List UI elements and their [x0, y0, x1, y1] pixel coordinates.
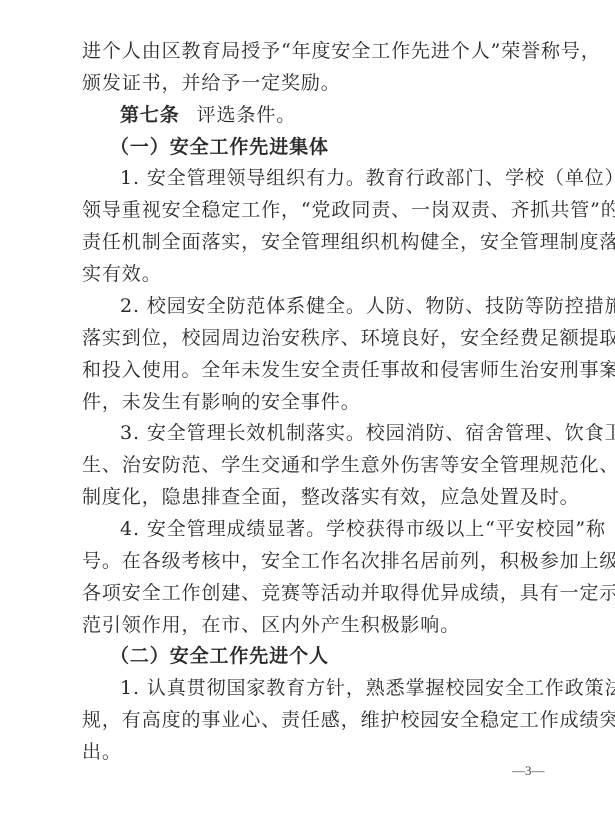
- text-line: 4. 安全管理成绩显著。学校获得市级以上“平安校园”称: [120, 516, 536, 542]
- page-number: —3—: [512, 763, 545, 779]
- text-line: 出。: [82, 739, 536, 765]
- text-line: 落实到位，校园周边治安秩序、环境良好，安全经费足额提取: [82, 325, 536, 351]
- text-line: 进个人由区教育局授予“年度安全工作先进个人”荣誉称号，: [82, 38, 536, 64]
- text-line: 和投入使用。全年未发生安全责任事故和侵害师生治安刑事案: [82, 357, 536, 383]
- text-line: 号。在各级考核中，安全工作名次排名居前列，积极参加上级: [82, 548, 536, 574]
- section-heading-individual: （二）安全工作先进个人: [110, 643, 564, 669]
- text-line: 颁发证书，并给予一定奖励。: [82, 70, 536, 96]
- text-line: 范引领作用，在市、区内外产生积极影响。: [82, 612, 536, 638]
- article-title: 评选条件。: [197, 104, 297, 126]
- text-line: 2. 校园安全防范体系健全。人防、物防、技防等防控措施: [120, 293, 536, 319]
- text-line: 3. 安全管理长效机制落实。校园消防、宿舍管理、饮食卫: [120, 420, 536, 446]
- text-line: 1. 认真贯彻国家教育方针，熟悉掌握校园安全工作政策法: [120, 675, 536, 701]
- text-line: 各项安全工作创建、竞赛等活动并取得优异成绩，具有一定示: [82, 580, 536, 606]
- section-heading-collective: （一）安全工作先进集体: [110, 134, 564, 160]
- text-line: 责任机制全面落实，安全管理组织机构健全，安全管理制度落: [82, 229, 536, 255]
- text-line: 领导重视安全稳定工作，“党政同责、一岗双责、齐抓共管”的: [82, 197, 536, 223]
- text-line: 制度化，隐患排查全面，整改落实有效，应急处置及时。: [82, 484, 536, 510]
- text-line: 件，未发生有影响的安全事件。: [82, 389, 536, 415]
- article-heading: 第七条 评选条件。: [120, 102, 536, 128]
- text-line: 规，有高度的事业心、责任感，维护校园安全稳定工作成绩突: [82, 707, 536, 733]
- text-line: 实有效。: [82, 261, 536, 287]
- article-label: 第七条: [120, 104, 180, 126]
- text-line: 生、治安防范、学生交通和学生意外伤害等安全管理规范化、: [82, 452, 536, 478]
- text-line: 1. 安全管理领导组织有力。教育行政部门、学校（单位）: [120, 165, 536, 191]
- document-page: 进个人由区教育局授予“年度安全工作先进个人”荣誉称号， 颁发证书，并给予一定奖励…: [0, 0, 615, 818]
